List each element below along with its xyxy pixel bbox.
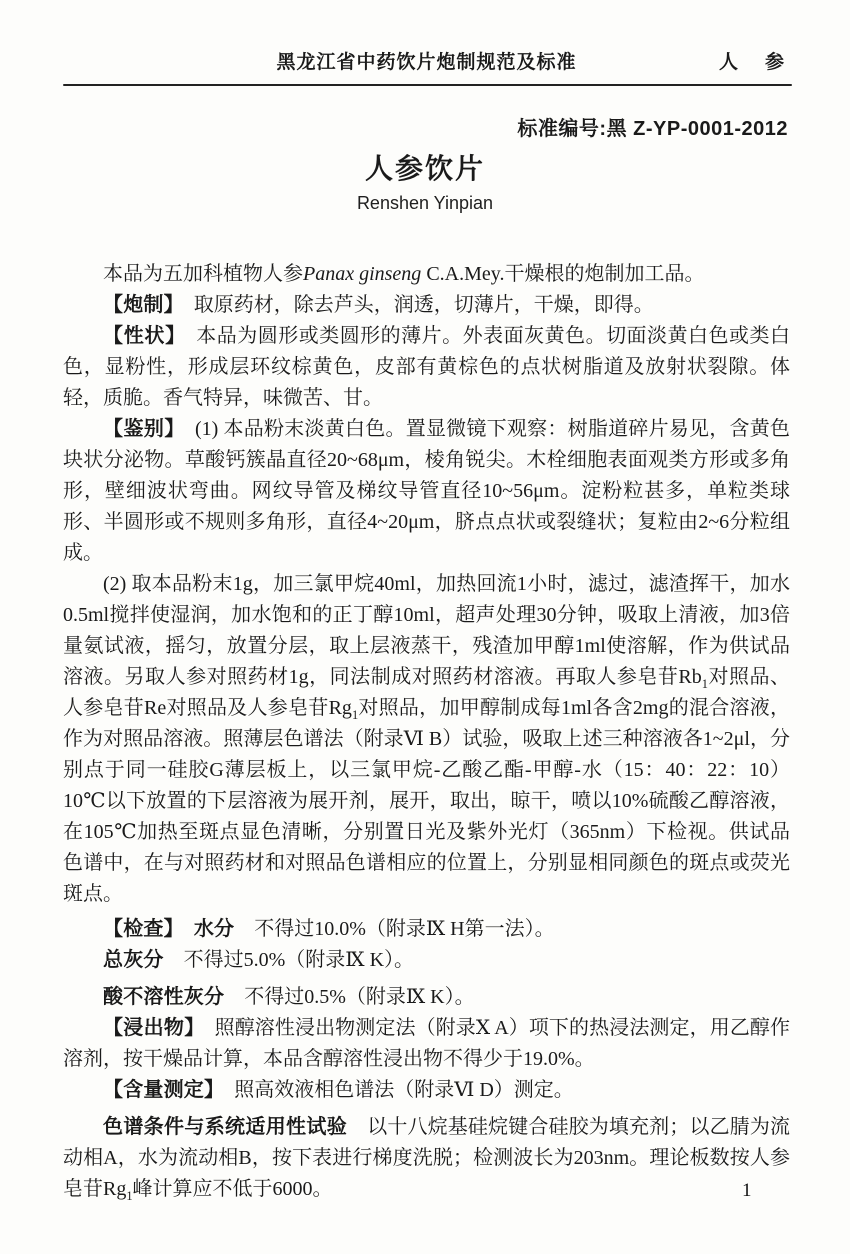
paragraph-total-ash: 总灰分 不得过5.0%（附录Ⅸ K）。 <box>63 945 790 976</box>
text-segment: 【浸出物】 <box>103 1017 195 1039</box>
page-title: 人参饮片 <box>0 147 850 187</box>
text-segment: 峰计算应不低于6000。 <box>133 1178 333 1200</box>
paragraph-source: 本品为五加科植物人参Panax ginseng C.A.Mey.干燥根的炮制加工… <box>63 259 790 290</box>
text-segment: 【检查】 <box>103 918 174 940</box>
page-number: 1 <box>742 1180 752 1202</box>
text-segment: 酸不溶性灰分 <box>103 986 224 1008</box>
text-segment: 水分 <box>194 918 234 940</box>
text-segment: 不得过10.0%（附录Ⅸ H第一法）。 <box>234 918 554 940</box>
text-segment: 总灰分 <box>103 949 164 971</box>
pinyin-subtitle: Renshen Yinpian <box>0 193 850 214</box>
paragraph-acid-insoluble-ash: 酸不溶性灰分 不得过0.5%（附录Ⅸ K）。 <box>63 982 790 1013</box>
running-header: 黑龙江省中药饮片炮制规范及标准 人 参 <box>63 50 790 76</box>
document-page: 黑龙江省中药饮片炮制规范及标准 人 参 标准编号:黑 Z-YP-0001-201… <box>0 0 850 1254</box>
text-segment: 【炮制】 <box>103 294 174 316</box>
paragraph-jianbie-2: (2) 取本品粉末1g，加三氯甲烷40ml，加热回流1小时，滤过，滤渣挥干，加水… <box>63 569 790 910</box>
text-segment: C.A.Mey.干燥根的炮制加工品。 <box>421 263 704 285</box>
text-segment: 【性状】 <box>103 325 176 347</box>
text-segment: 照高效液相色谱法（附录Ⅵ D）测定。 <box>214 1079 574 1101</box>
text-segment: 【鉴别】 <box>103 418 175 440</box>
text-segment: 本品为五加科植物人参 <box>103 263 303 285</box>
paragraph-jiancha-water: 【检查】 水分 不得过10.0%（附录Ⅸ H第一法）。 <box>63 914 790 945</box>
text-segment <box>174 918 194 940</box>
paragraph-chromatography: 色谱条件与系统适用性试验 以十八烷基硅烷键合硅胶为填充剂；以乙腈为流动相A，水为… <box>63 1112 790 1205</box>
chapter-label: 人 参 <box>719 50 788 76</box>
text-segment: 【含量测定】 <box>103 1079 214 1101</box>
header-rule <box>63 84 792 86</box>
text-segment: 不得过0.5%（附录Ⅸ K）。 <box>224 986 474 1008</box>
paragraph-xingzhuang: 【性状】 本品为圆形或类圆形的薄片。外表面灰黄色。切面淡黄白色或类白色，显粉性，… <box>63 321 790 414</box>
text-segment: 色谱条件与系统适用性试验 <box>103 1116 347 1138</box>
text-segment: (2) 取本品粉末1g，加三氯甲烷40ml，加热回流1小时，滤过，滤渣挥干，加水… <box>63 573 790 688</box>
standard-number: 标准编号:黑 Z-YP-0001-2012 <box>517 112 788 141</box>
paragraph-hanliang-ceding: 【含量测定】 照高效液相色谱法（附录Ⅵ D）测定。 <box>63 1075 790 1106</box>
paragraph-jianbie-1: 【鉴别】 (1) 本品粉末淡黄白色。置显微镜下观察：树脂道碎片易见，含黄色块状分… <box>63 414 790 569</box>
text-segment: 不得过5.0%（附录Ⅸ K）。 <box>164 949 414 971</box>
paragraph-jinchuwu: 【浸出物】 照醇溶性浸出物测定法（附录Ⅹ A）项下的热浸法测定，用乙醇作溶剂，按… <box>63 1013 790 1075</box>
text-segment: 取原药材，除去芦头，润透，切薄片，干燥，即得。 <box>174 294 654 316</box>
text-segment: 对照品，加甲醇制成每1ml各含2mg的混合溶液，作为对照品溶液。照薄层色谱法（附… <box>63 697 790 905</box>
text-segment: Panax ginseng <box>303 263 421 285</box>
paragraph-paozhi: 【炮制】 取原药材，除去芦头，润透，切薄片，干燥，即得。 <box>63 290 790 321</box>
book-title: 黑龙江省中药饮片炮制规范及标准 <box>63 50 790 76</box>
document-body: 本品为五加科植物人参Panax ginseng C.A.Mey.干燥根的炮制加工… <box>63 259 790 1205</box>
